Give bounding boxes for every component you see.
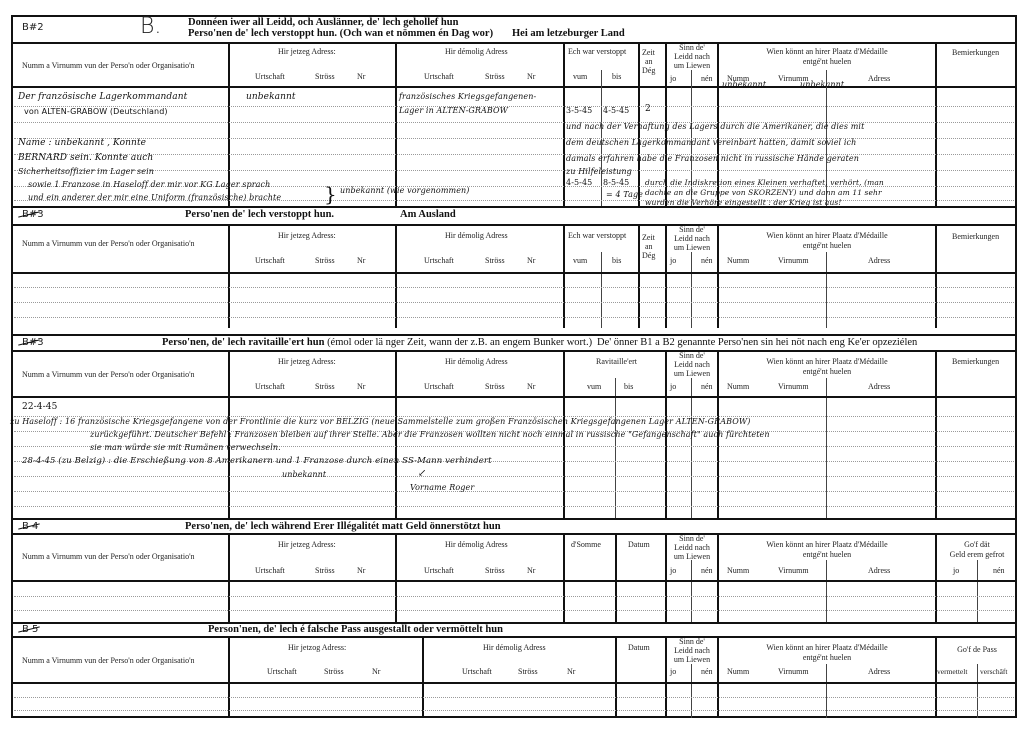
col-pass: Go'f de Pass	[937, 645, 1017, 654]
col-stross: Ströss	[485, 566, 505, 575]
col-nen: nén	[701, 74, 713, 83]
col-numm: Numm	[727, 256, 749, 265]
col-nen: nén	[701, 256, 713, 265]
col-deg: Dég	[642, 66, 655, 75]
hw-narrative-3: damals erfahren habe die Franzosen nicht…	[566, 154, 859, 163]
col-medal-2: entgé'nt huelen	[719, 653, 935, 662]
hw-name-line-6: Sicherheitsoffizier im Lager sein	[18, 167, 154, 176]
hw-name-line-1: Der französische Lagerkommandant	[18, 92, 187, 102]
col-alive-2: Leidd nach	[667, 543, 717, 552]
col-remarks: Bemierkungen	[952, 232, 999, 241]
col-alive-1: Sinn de'	[667, 225, 717, 234]
hw-narrative-1: und nach der Verhaftung des Lagers durch…	[566, 122, 864, 131]
col-former-address: Hir démolig Adress	[445, 47, 508, 56]
col-an: an	[645, 242, 653, 251]
hw-bis: 4-5-45	[603, 106, 629, 115]
hw-date-1: 22-4-45	[22, 402, 57, 412]
col-stross: Ströss	[315, 72, 335, 81]
hw-narrative-5: durch die Indiskretion eines Kleinen ver…	[645, 178, 884, 187]
col-nr: Nr	[357, 256, 365, 265]
col-zeit: Zeit	[642, 233, 655, 242]
col-medal-1: Wien könnt an hirer Plaatz d'Médaille	[719, 231, 935, 240]
hw-supplied-line-1: zu Haseloff : 16 französische Kriegsgefa…	[10, 417, 750, 426]
hw-name-line-2: von ALTEN-GRABOW (Deutschland)	[24, 107, 168, 116]
hw-vum: 3-5-45	[566, 106, 592, 115]
hw-former-address-1: französisches Kriegsgefangenen-	[399, 92, 536, 101]
col-urtschaft: Urtschaft	[267, 667, 297, 676]
col-vum: vum	[587, 382, 601, 391]
hw-days-2: = 4 Tage	[606, 190, 643, 199]
col-medal-1: Wien könnt an hirer Plaatz d'Médaille	[719, 643, 935, 652]
hw-supplied-line-3: sie man würde sie mit Rumänen verwechsel…	[90, 443, 281, 452]
hw-current-address-2: unbekannt (wie vorgenommen)	[340, 186, 470, 195]
col-current-address: Hir jetzeg Adress:	[278, 540, 336, 549]
col-jo: jo	[670, 566, 676, 575]
col-alive-1: Sinn de'	[667, 43, 717, 52]
col-money-1: Go'f dät	[937, 540, 1017, 549]
col-current-address: Hir jetzeg Adress:	[278, 357, 336, 366]
col-somme: d'Somme	[571, 540, 601, 549]
col-vum: vum	[573, 256, 587, 265]
hw-current-address: unbekannt	[246, 92, 296, 102]
section-note-supplied: De' önner B1 a B2 genannte Perso'nen sin…	[597, 337, 917, 348]
col-current-address: Hir jetzeg Adress:	[278, 231, 336, 240]
col-medal-2: entgé'nt huelen	[719, 241, 935, 250]
col-alive-1: Sinn de'	[667, 637, 717, 646]
col-virnumm: Virnumm	[778, 566, 809, 575]
col-nr: Nr	[527, 566, 535, 575]
form-title-line-1: Donnéen iwer all Leidd, och Auslänner, d…	[188, 17, 458, 28]
section-title-pass: Person'nen, de' lech é falsche Pass ausg…	[208, 624, 503, 635]
hw-supplied-vorname: Vorname Roger	[410, 483, 474, 492]
hw-name-line-4: Name : unbekannt , Konnte	[18, 138, 146, 148]
col-bis: bis	[612, 256, 621, 265]
col-alive-3: um Liewen	[667, 369, 717, 378]
hw-narrative-2: dem deutschen Lagerkommandant vereinbart…	[566, 138, 856, 147]
col-jo: jo	[670, 74, 676, 83]
col-remarks: Bemierkungen	[952, 48, 999, 57]
col-urtschaft: Urtschaft	[255, 256, 285, 265]
col-urtschaft: Urtschaft	[255, 72, 285, 81]
col-nr: Nr	[527, 72, 535, 81]
section-letter: B.	[140, 14, 161, 39]
col-money-jo: jo	[953, 566, 959, 575]
col-former-address: Hir démolig Adress	[445, 540, 508, 549]
col-name-header: Numm a Virnumm vun der Perso'n oder Orga…	[22, 370, 195, 379]
col-bis: bis	[624, 382, 633, 391]
col-current-address: Hir jetzeg Adress:	[278, 47, 336, 56]
col-medal-1: Wien könnt an hirer Plaatz d'Médaille	[719, 47, 935, 56]
col-nr: Nr	[372, 667, 380, 676]
hw-name-line-8: und ein anderer der mir eine Uniform (fr…	[28, 193, 281, 202]
col-virnumm: Virnumm	[778, 667, 809, 676]
col-deg: Dég	[642, 251, 655, 260]
col-nr: Nr	[567, 667, 575, 676]
col-verschaft: verschâft	[980, 667, 1007, 676]
col-an: an	[645, 57, 653, 66]
col-numm: Numm	[727, 382, 749, 391]
col-nen: nén	[701, 382, 713, 391]
col-alive-2: Leidd nach	[667, 646, 717, 655]
col-adress: Adress	[868, 667, 890, 676]
col-name-header: Numm a Virnumm vun der Perso'n oder Orga…	[22, 656, 195, 665]
col-numm: Numm	[727, 566, 749, 575]
section-title-supplied: Perso'nen, de' lech ravitaille'ert hun (…	[162, 337, 592, 348]
section-title-money: Perso'nen, de' lech während Erer Illégal…	[185, 521, 501, 532]
col-alive-2: Leidd nach	[667, 360, 717, 369]
col-urtschaft: Urtschaft	[424, 566, 454, 575]
col-name-header: Numm a Virnumm vun der Perso'n oder Orga…	[22, 239, 195, 248]
col-zeit: Zeit	[642, 48, 655, 57]
col-alive-1: Sinn de'	[667, 534, 717, 543]
section-code-b2: B#2	[22, 22, 44, 33]
col-urtschaft: Urtschaft	[424, 256, 454, 265]
col-jo: jo	[670, 667, 676, 676]
col-remarks: Bemierkungen	[952, 357, 999, 366]
col-stross: Ströss	[485, 382, 505, 391]
col-virnumm: Virnumm	[778, 382, 809, 391]
col-urtschaft: Urtschaft	[424, 382, 454, 391]
hw-supplied-unknown: unbekannt	[282, 470, 326, 479]
col-nr: Nr	[527, 382, 535, 391]
col-hidden: Ech war verstoppt	[568, 47, 626, 56]
col-adress: Adress	[868, 566, 890, 575]
col-name-header: Numm a Virnumm vun der Perso'n oder Orga…	[22, 552, 195, 561]
hw-vum-2: 4-5-45	[566, 178, 592, 187]
col-vermettelt: vermettelt	[937, 667, 967, 676]
col-numm: Numm	[727, 667, 749, 676]
col-former-address: Hir démolig Adress	[445, 231, 508, 240]
col-stross: Ströss	[324, 667, 344, 676]
col-medal-2: entgé'nt huelen	[719, 550, 935, 559]
col-stross: Ströss	[315, 382, 335, 391]
hw-supplied-line-2: zurückgeführt. Deutscher Befehl : Franzo…	[90, 430, 770, 439]
col-stross: Ströss	[518, 667, 538, 676]
col-nr: Nr	[357, 382, 365, 391]
form-title-line-2-right: Hei am letzeburger Land	[512, 28, 625, 39]
col-alive-3: um Liewen	[667, 655, 717, 664]
hw-unknown-medal: unbekannt	[800, 80, 844, 89]
hw-supplied-line-4: 28-4-45 (zu Belzig) : die Erschießung vo…	[22, 456, 492, 466]
col-stross: Ströss	[485, 72, 505, 81]
col-nr: Nr	[527, 256, 535, 265]
col-jo: jo	[670, 382, 676, 391]
hw-name-line-7: sowie 1 Franzose in Haseloff der mir vor…	[28, 180, 270, 189]
col-current-address: Hir jetzog Adress:	[288, 643, 346, 652]
section-subtitle-abroad: Am Ausland	[400, 209, 456, 220]
arrow-down-icon: ↙	[418, 468, 426, 479]
col-datum: Datum	[628, 643, 650, 652]
hw-unknown-alive: unbekannt	[722, 80, 766, 89]
col-nen: nén	[701, 667, 713, 676]
form-title-line-2: Perso'nen de' lech verstoppt hun. (Och w…	[188, 28, 493, 39]
col-alive-1: Sinn de'	[667, 351, 717, 360]
col-money-nen: nén	[993, 566, 1005, 575]
brace-icon: }	[324, 182, 337, 206]
hw-former-address-2: Lager in ALTEN-GRABOW	[399, 106, 508, 115]
col-alive-2: Leidd nach	[667, 52, 717, 61]
col-urtschaft: Urtschaft	[255, 566, 285, 575]
col-stross: Ströss	[485, 256, 505, 265]
col-name-header: Numm a Virnumm vun der Perso'n oder Orga…	[22, 61, 195, 70]
section-title-supplied-main: Perso'nen, de' lech ravitaille'ert hun	[162, 337, 324, 348]
col-vum: vum	[573, 72, 587, 81]
col-medal-2: entgé'nt huelen	[719, 367, 935, 376]
col-urtschaft: Urtschaft	[462, 667, 492, 676]
col-alive-3: um Liewen	[667, 243, 717, 252]
col-urtschaft: Urtschaft	[424, 72, 454, 81]
col-alive-2: Leidd nach	[667, 234, 717, 243]
col-jo: jo	[670, 256, 676, 265]
hw-days: 2	[645, 104, 651, 114]
col-medal-1: Wien könnt an hirer Plaatz d'Médaille	[719, 540, 935, 549]
section-title-supplied-rest: (émol oder lä nger Zeit, wann der z.B. a…	[327, 337, 592, 348]
col-medal-1: Wien könnt an hirer Plaatz d'Médaille	[719, 357, 935, 366]
col-hidden: Ech war verstoppt	[568, 231, 626, 240]
col-stross: Ströss	[315, 256, 335, 265]
col-adress: Adress	[868, 256, 890, 265]
col-nr: Nr	[357, 566, 365, 575]
col-former-address: Hir démolig Adress	[483, 643, 546, 652]
col-medal-2: entgé'nt huelen	[719, 57, 935, 66]
col-adress: Adress	[868, 74, 890, 83]
col-adress: Adress	[868, 382, 890, 391]
col-money-2: Geld erem gefrot	[937, 550, 1017, 559]
col-alive-3: um Liewen	[667, 552, 717, 561]
section-title-abroad: Perso'nen de' lech verstoppt hun.	[185, 209, 334, 220]
col-datum: Datum	[628, 540, 650, 549]
col-urtschaft: Urtschaft	[255, 382, 285, 391]
col-bis: bis	[612, 72, 621, 81]
hw-name-line-5: BERNARD sein. Konnte auch	[18, 153, 153, 163]
hw-narrative-4: zu Hilfeleistung	[566, 167, 632, 176]
hw-narrative-6: dachte an die Gruppe von SKORZENY) und d…	[645, 188, 882, 197]
hw-bis-2: 8-5-45	[603, 178, 629, 187]
col-alive-3: um Liewen	[667, 61, 717, 70]
col-virnumm: Virnumm	[778, 256, 809, 265]
col-ravitailleiert: Ravitaille'ert	[596, 357, 637, 366]
col-nr: Nr	[357, 72, 365, 81]
col-stross: Ströss	[315, 566, 335, 575]
col-former-address: Hir démolig Adress	[445, 357, 508, 366]
col-nen: nén	[701, 566, 713, 575]
